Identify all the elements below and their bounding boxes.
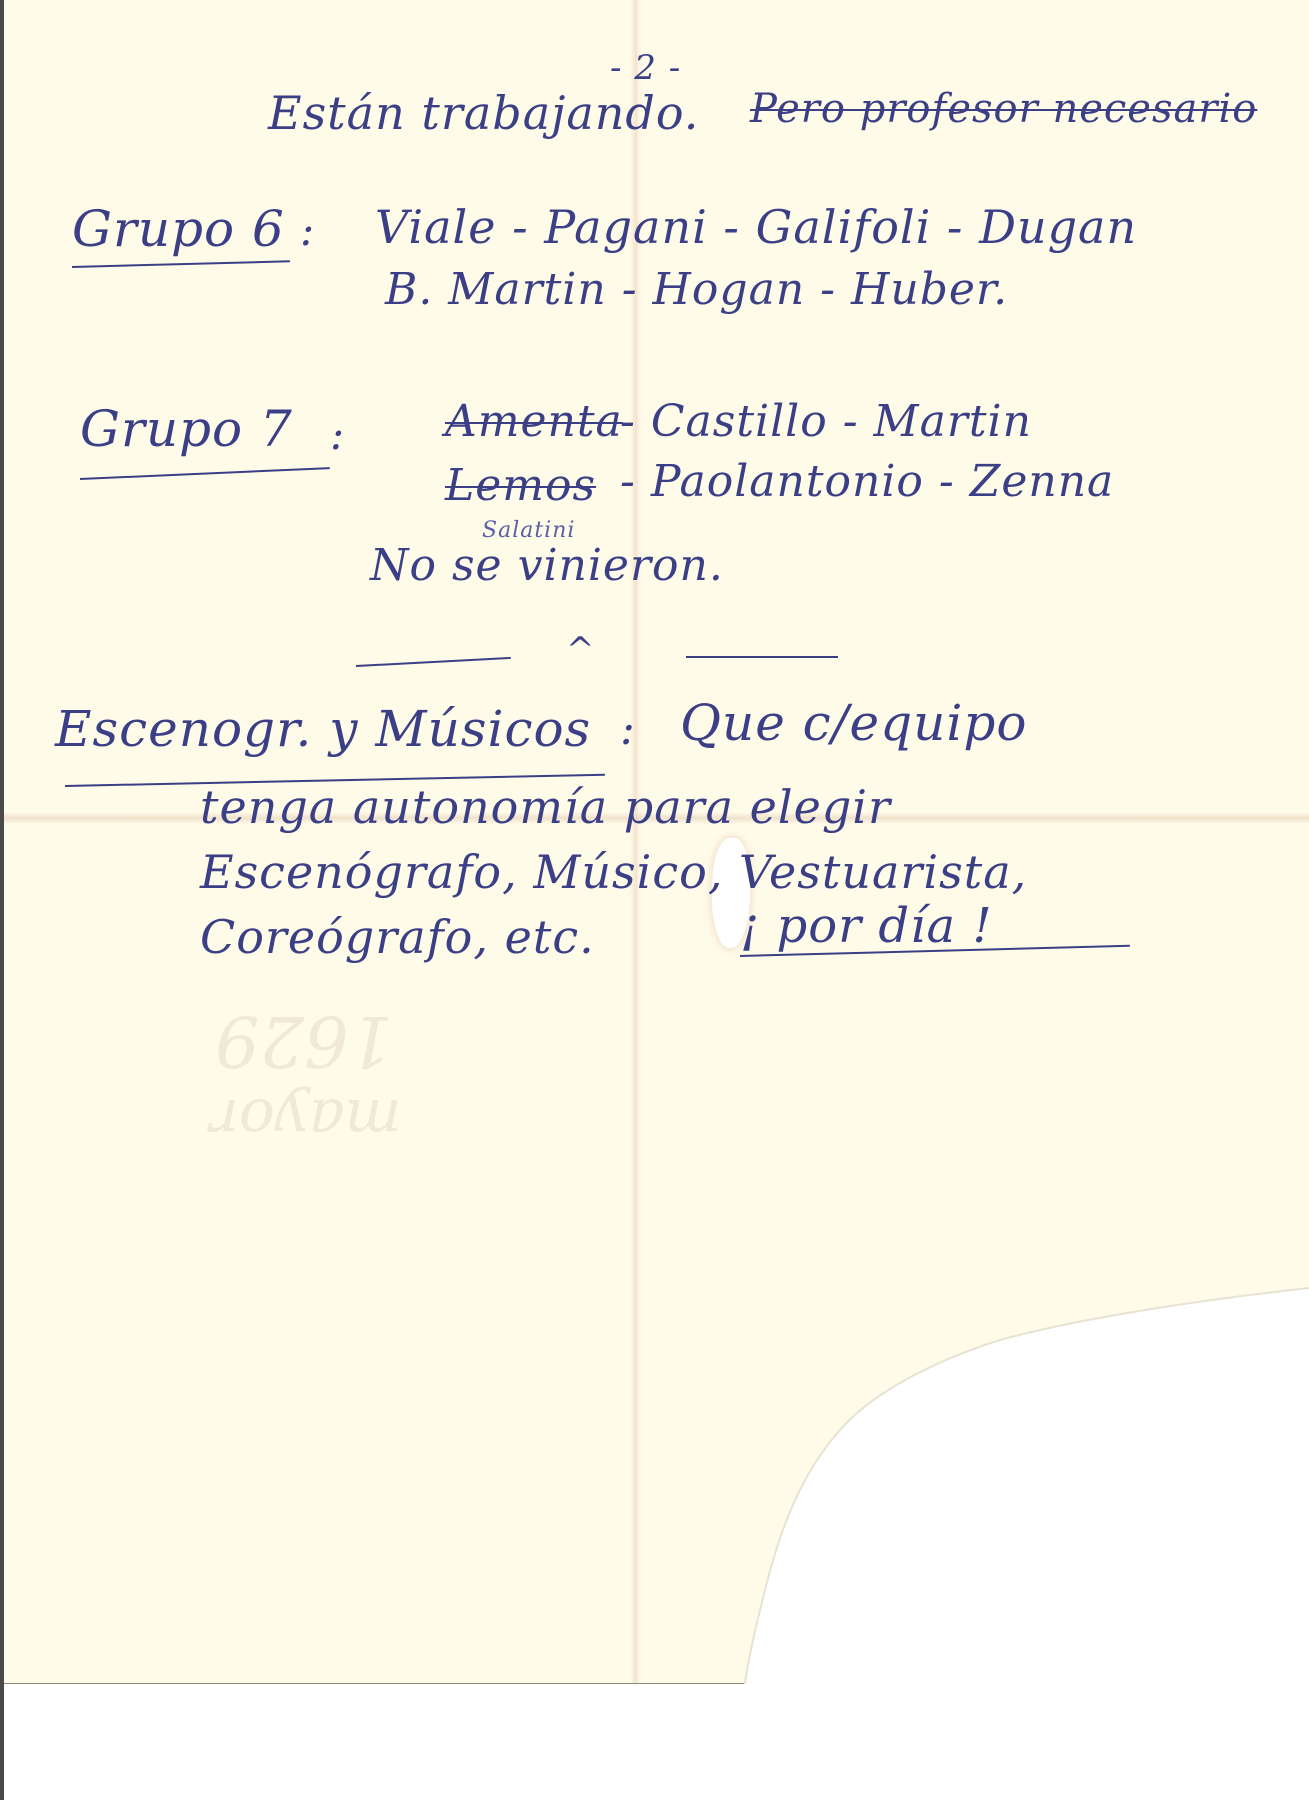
section-line1: Que c/equipo: [680, 694, 1027, 752]
grupo7-members-line2: - Paolantonio - Zenna: [620, 456, 1114, 507]
separator-mark: ^: [566, 630, 596, 670]
grupo6-members-line2: B. Martin - Hogan - Huber.: [385, 264, 1008, 315]
grupo7-struck-name2: Lemos: [445, 460, 596, 511]
section-line4: Coreógrafo, etc.: [200, 910, 595, 964]
grupo7-members-line1: - Castillo - Martin: [620, 396, 1032, 447]
section-line2: tenga autonomía para elegir: [200, 780, 891, 834]
line-estan-trabajando: Están trabajando.: [268, 86, 699, 140]
grupo7-note: No se vinieron.: [370, 540, 724, 591]
grupo7-struck-name1: Amenta: [445, 396, 623, 447]
section-emphasis: ¡ por día !: [740, 898, 993, 954]
grupo6-colon: :: [300, 206, 315, 255]
ghost-text-line1: 1629: [215, 1000, 393, 1082]
section-colon: :: [620, 704, 636, 755]
struck-text: Pero profesor necesario: [750, 86, 1257, 132]
grupo7-colon: :: [330, 410, 345, 459]
grupo6-label: Grupo 6: [72, 200, 285, 258]
ghost-text-line2: mayor: [210, 1085, 401, 1155]
section-label: Escenogr. y Músicos: [55, 700, 591, 758]
grupo6-members-line1: Viale - Pagani - Galifoli - Dugan: [375, 200, 1137, 254]
separator-right: [686, 656, 838, 658]
page-number: - 2 -: [610, 48, 681, 88]
section-line3: Escenógrafo, Músico, Vestuarista,: [200, 845, 1027, 899]
grupo7-label: Grupo 7: [80, 400, 293, 458]
